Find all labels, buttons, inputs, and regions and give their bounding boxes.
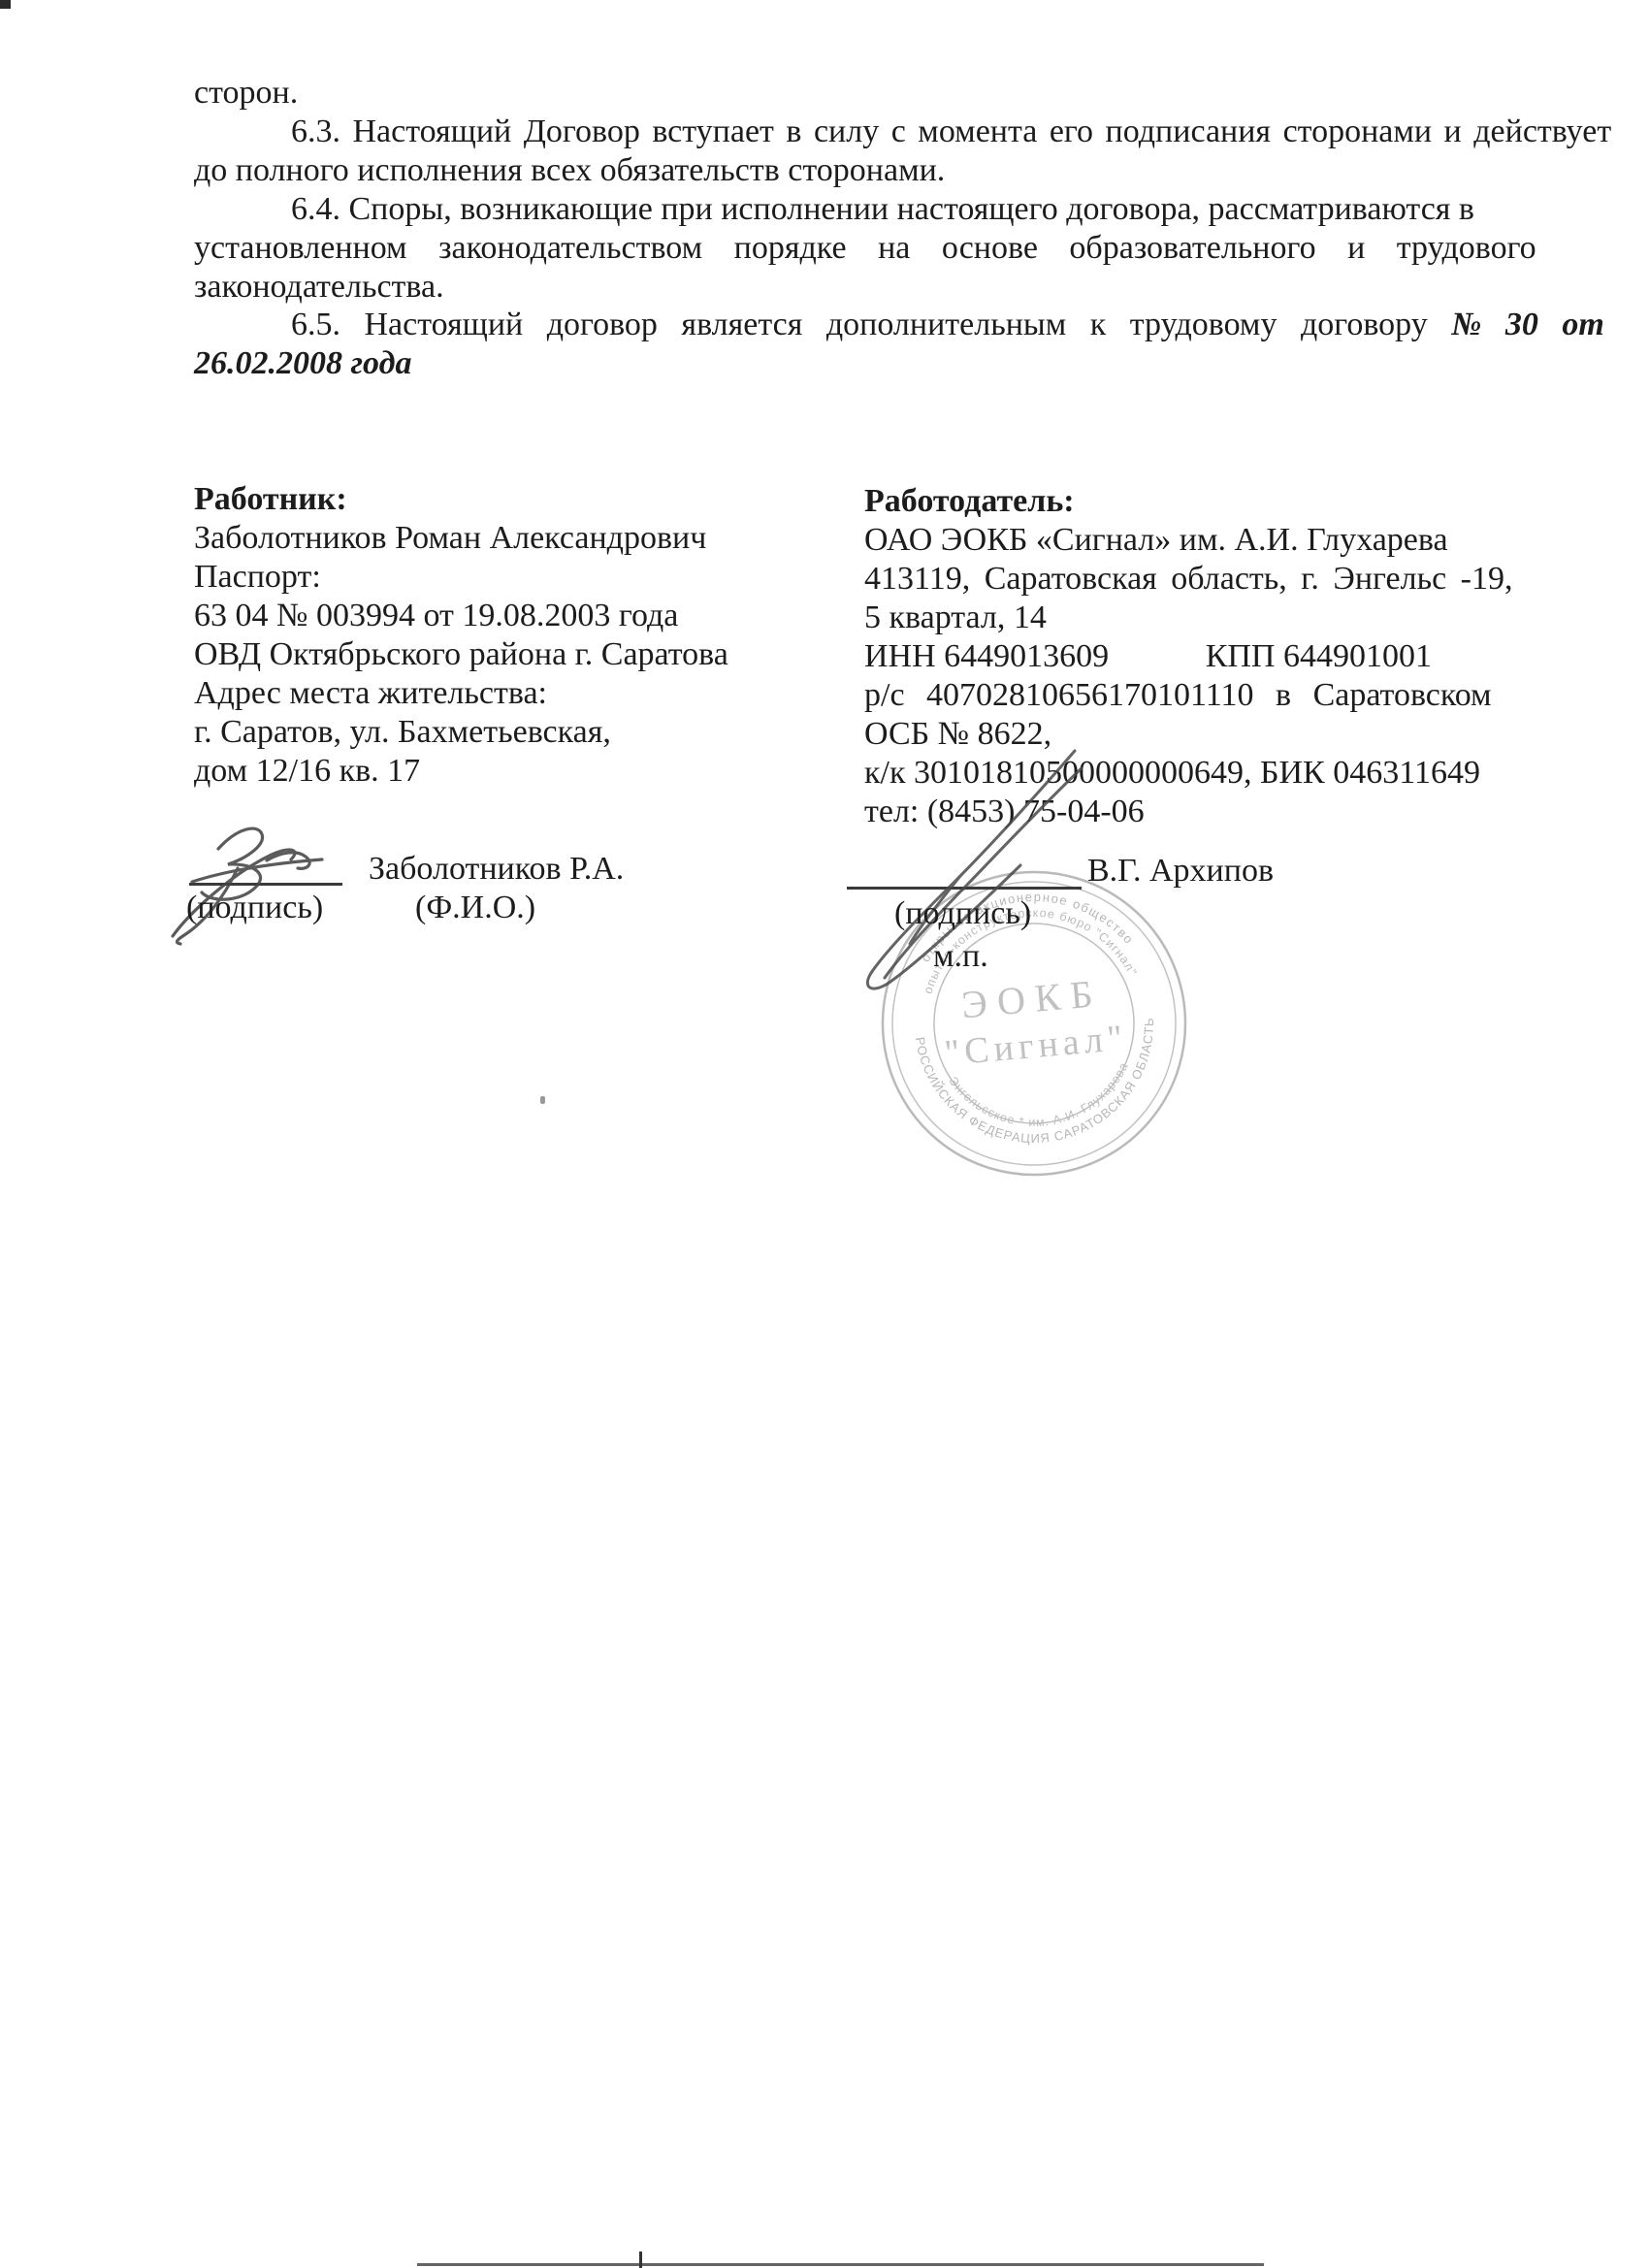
- employee-passport-number: 63 04 № 003994 от 19.08.2003 года: [194, 597, 678, 635]
- employer-signature-name: В.Г. Архипов: [1087, 852, 1274, 891]
- employee-signature-name: Заболотников Р.А.: [369, 850, 624, 889]
- employee-heading: Работник:: [194, 480, 347, 519]
- employer-address-line2: 5 квартал, 14: [864, 599, 1047, 637]
- clause-6-3-line2: до полного исполнения всех обязательств …: [194, 151, 945, 190]
- clause-6-5-contract-ref: № 30 от: [1451, 307, 1604, 342]
- scan-edge-line-bottom: [417, 2263, 1264, 2266]
- employee-signature-caption: (подпись): [186, 889, 323, 927]
- employer-address-line1: 413119, Саратовская область, г. Энгельс …: [864, 560, 1513, 599]
- employee-name: Заболотников Роман Александрович: [194, 519, 706, 558]
- employee-signature-stroke: [145, 820, 369, 956]
- scanned-contract-page: сторон. 6.3. Настоящий Договор вступает …: [0, 0, 1649, 2268]
- employer-heading: Работодатель:: [864, 482, 1075, 521]
- clause-6-4-line2: установленном законодательством порядке …: [194, 229, 1536, 268]
- employer-seal-caption: м.п.: [933, 937, 988, 976]
- employer-kpp: КПП 644901001: [1206, 637, 1432, 676]
- clause-continuation: сторон.: [194, 74, 298, 113]
- clause-6-4-line1: 6.4. Споры, возникающие при исполнении н…: [291, 190, 1474, 229]
- scan-speck-middle: [540, 1096, 545, 1104]
- scan-tick-bottom: [639, 2252, 642, 2268]
- clause-6-5-date: 26.02.2008 года: [194, 344, 411, 383]
- employer-account-line1: р/с 40702810656170101110 в Саратовском: [864, 676, 1492, 715]
- clause-6-3-line1: 6.3. Настоящий Договор вступает в силу с…: [291, 113, 1611, 151]
- employee-address-label: Адрес места жительства:: [194, 674, 547, 713]
- employee-address-line1: г. Саратов, ул. Бахметьевская,: [194, 713, 611, 752]
- clause-6-5-text: 6.5. Настоящий договор является дополнит…: [291, 307, 1428, 342]
- employer-company: ОАО ЭОКБ «Сигнал» им. А.И. Глухарева: [864, 521, 1448, 560]
- employee-passport-label: Паспорт:: [194, 558, 321, 597]
- clause-6-5-line1: 6.5. Настоящий договор является дополнит…: [291, 306, 1604, 344]
- employee-fio-caption: (Ф.И.О.): [415, 889, 535, 927]
- scan-speck-top-left: [0, 0, 11, 9]
- employer-inn-kpp-row: ИНН 6449013609 КПП 644901001: [864, 637, 1432, 676]
- employee-address-line2: дом 12/16 кв. 17: [194, 752, 420, 791]
- employee-passport-issuer: ОВД Октябрьского района г. Саратова: [194, 635, 728, 674]
- employer-signature-caption: (подпись): [894, 894, 1031, 933]
- clause-6-4-line3: законодательства.: [194, 268, 444, 307]
- employer-inn: ИНН 6449013609: [864, 637, 1109, 676]
